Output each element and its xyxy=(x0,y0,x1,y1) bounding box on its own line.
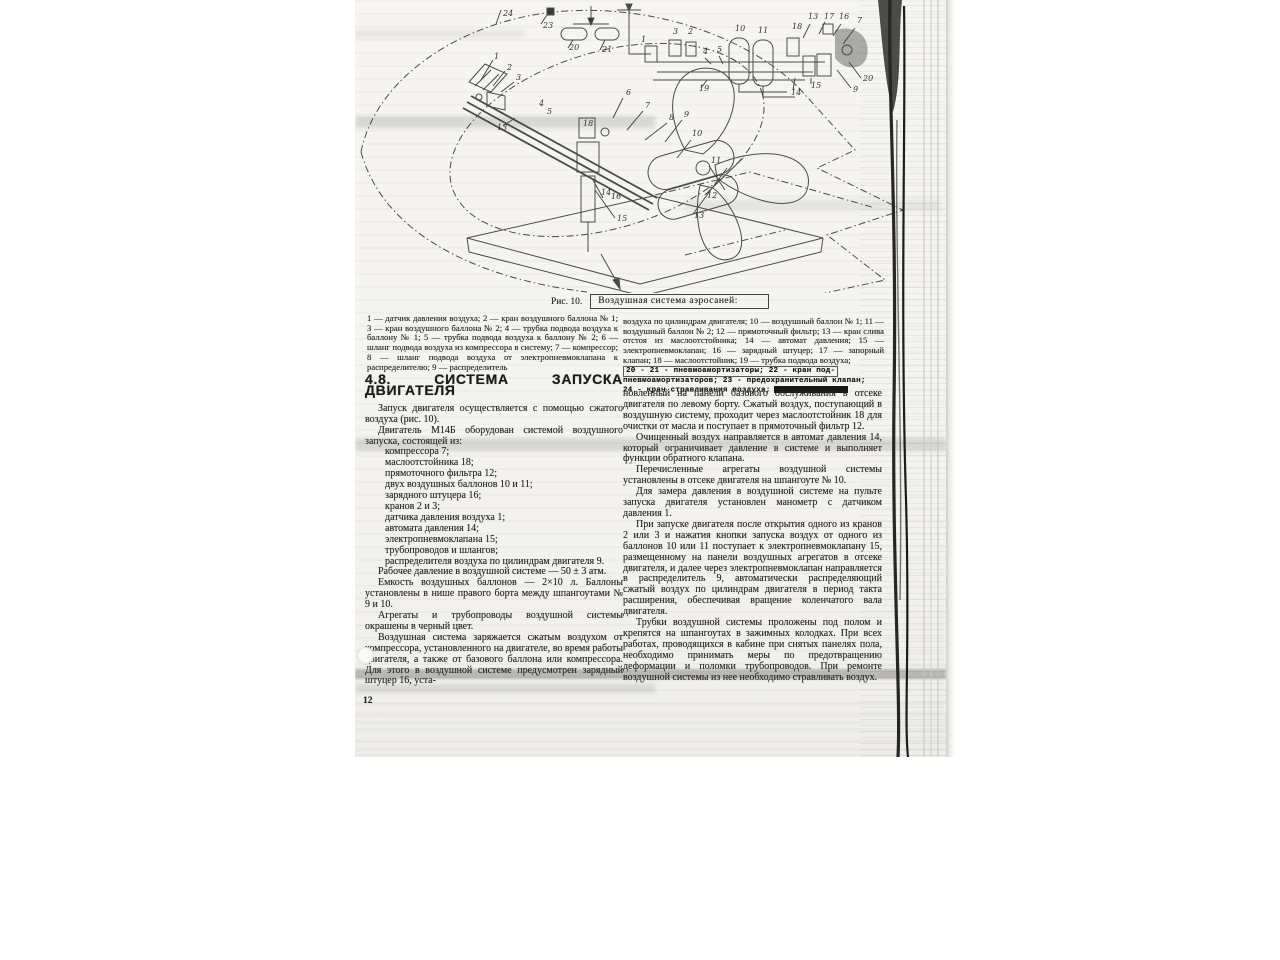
figure-callout-18: 18 xyxy=(792,22,802,31)
text-column-right: новленный на панели базового обслуживани… xyxy=(623,389,882,683)
paragraph: Воздушная система заряжается сжатым возд… xyxy=(365,633,623,688)
paragraph: Для замера давления в воздушной системе … xyxy=(623,487,882,520)
figure-callout-17: 17 xyxy=(824,12,835,21)
engine-mount-platform xyxy=(467,196,823,293)
figure-callout-2: 2 xyxy=(687,27,693,36)
figure-callout-10: 10 xyxy=(735,24,745,33)
paragraph: Очищенный воздух направляется в автомат … xyxy=(623,433,882,466)
figure-callout-16: 16 xyxy=(611,192,621,201)
figure-callout-11: 11 xyxy=(758,26,768,35)
figure-callout-13: 13 xyxy=(808,12,818,21)
typed-line-1: 20 - 21 - пневмоамортизаторы; 22 - кран … xyxy=(623,366,838,377)
figure-callout-15: 15 xyxy=(617,214,627,223)
figure-caption-boxed-title: Воздушная система аэросаней: xyxy=(590,294,769,309)
figure-callout-6: 6 xyxy=(626,88,631,97)
figure-callout-24: 24 xyxy=(502,9,513,18)
figure-callout-19: 19 xyxy=(699,84,709,93)
figure-callout-23: 23 xyxy=(542,21,553,30)
figure-legend-right: воздуха по цилиндрам двигателя; 10 — воз… xyxy=(623,317,884,396)
paragraph: При запуске двигателя после открытия одн… xyxy=(623,520,882,618)
paragraph: Трубки воздушной системы проложены под п… xyxy=(623,618,882,683)
paragraph: Перечисленные агрегаты воздушной системы… xyxy=(623,465,882,487)
paragraph: Двигатель М14Б оборудован системой возду… xyxy=(365,426,623,448)
figure-callout-7: 7 xyxy=(645,101,651,110)
caption-arrow xyxy=(601,254,620,289)
air-supply-tubes xyxy=(463,96,657,210)
section-heading: 4.8. СИСТЕМА ЗАПУСКА ДВИГАТЕЛЯ xyxy=(365,374,623,396)
figure-callout-14: 14 xyxy=(601,188,611,197)
figure-callout-1: 1 xyxy=(641,35,646,44)
book-spine-shadow xyxy=(870,0,946,757)
figure-callout-18: 18 xyxy=(583,119,593,128)
figure-callout-8: 8 xyxy=(669,113,674,122)
figure-callout-7: 7 xyxy=(857,16,863,25)
figure-callout-2: 2 xyxy=(506,63,512,72)
figure-caption: Рис. 10. Воздушная система аэросаней: xyxy=(551,294,769,309)
figure-callout-5: 5 xyxy=(547,107,552,116)
component-list: компрессора 7; маслоотстойника 18; прямо… xyxy=(365,447,623,567)
figure-callout-21: 21 xyxy=(601,45,612,54)
figure-callout-16: 16 xyxy=(839,12,849,21)
figure-legend-left: 1 — датчик давления воздуха; 2 — кран во… xyxy=(367,314,618,372)
figure-callout-13: 13 xyxy=(694,211,704,220)
figure-legend-right-text: воздуха по цилиндрам двигателя; 10 — воз… xyxy=(623,316,884,365)
list-item: электропневмоклапана 15; xyxy=(385,535,623,546)
scan-mottle xyxy=(355,703,946,757)
figure-caption-prefix: Рис. 10. xyxy=(551,297,582,307)
text-column-left: 4.8. СИСТЕМА ЗАПУСКА ДВИГАТЕЛЯ Запуск дв… xyxy=(365,374,623,687)
page-edge-shadow xyxy=(946,0,955,757)
scanned-manual-page: { "colors": { "paper": "#f6f5f1", "ink":… xyxy=(0,0,1280,960)
figure-air-system-drawing: 2423202112313451867891011121314161513210… xyxy=(355,0,946,293)
page-number: 12 xyxy=(363,696,373,706)
paragraph: Агрегаты и трубопроводы воздушной систем… xyxy=(365,611,623,633)
paragraph: новленный на панели базового обслуживани… xyxy=(623,389,882,433)
figure-callout-9: 9 xyxy=(684,110,689,119)
paragraph: Емкость воздушных баллонов — 2×10 л. Бал… xyxy=(365,578,623,611)
scanned-page: 2423202112313451867891011121314161513210… xyxy=(355,0,946,757)
handwritten-additions xyxy=(496,6,619,50)
figure-callout-14: 14 xyxy=(791,88,801,97)
figure-callout-10: 10 xyxy=(692,129,702,138)
typed-line-2: пневмоамортизаторов; 23 - предохранитель… xyxy=(623,377,866,385)
figure-callout-5: 5 xyxy=(717,45,722,54)
figure-callout-4: 4 xyxy=(702,47,708,56)
figure-callout-11: 11 xyxy=(711,156,721,165)
figure-callout-1: 1 xyxy=(494,52,499,61)
figure-callout-12: 12 xyxy=(707,191,717,200)
figure-callout-3: 3 xyxy=(516,73,521,82)
figure-callout-9: 9 xyxy=(853,85,858,94)
figure-callout-20: 20 xyxy=(568,43,579,52)
figure-callout-13: 13 xyxy=(497,123,507,132)
figure-callout-3: 3 xyxy=(673,27,678,36)
figure-callout-labels: 2423202112313451867891011121314161513210… xyxy=(494,9,873,223)
figure-callout-4: 4 xyxy=(538,99,544,108)
scan-light-spot xyxy=(357,647,374,664)
list-item: трубопроводов и шлангов; xyxy=(385,546,623,557)
paragraph: Запуск двигателя осуществляется с помощь… xyxy=(365,404,623,426)
figure-callout-15: 15 xyxy=(811,81,821,90)
